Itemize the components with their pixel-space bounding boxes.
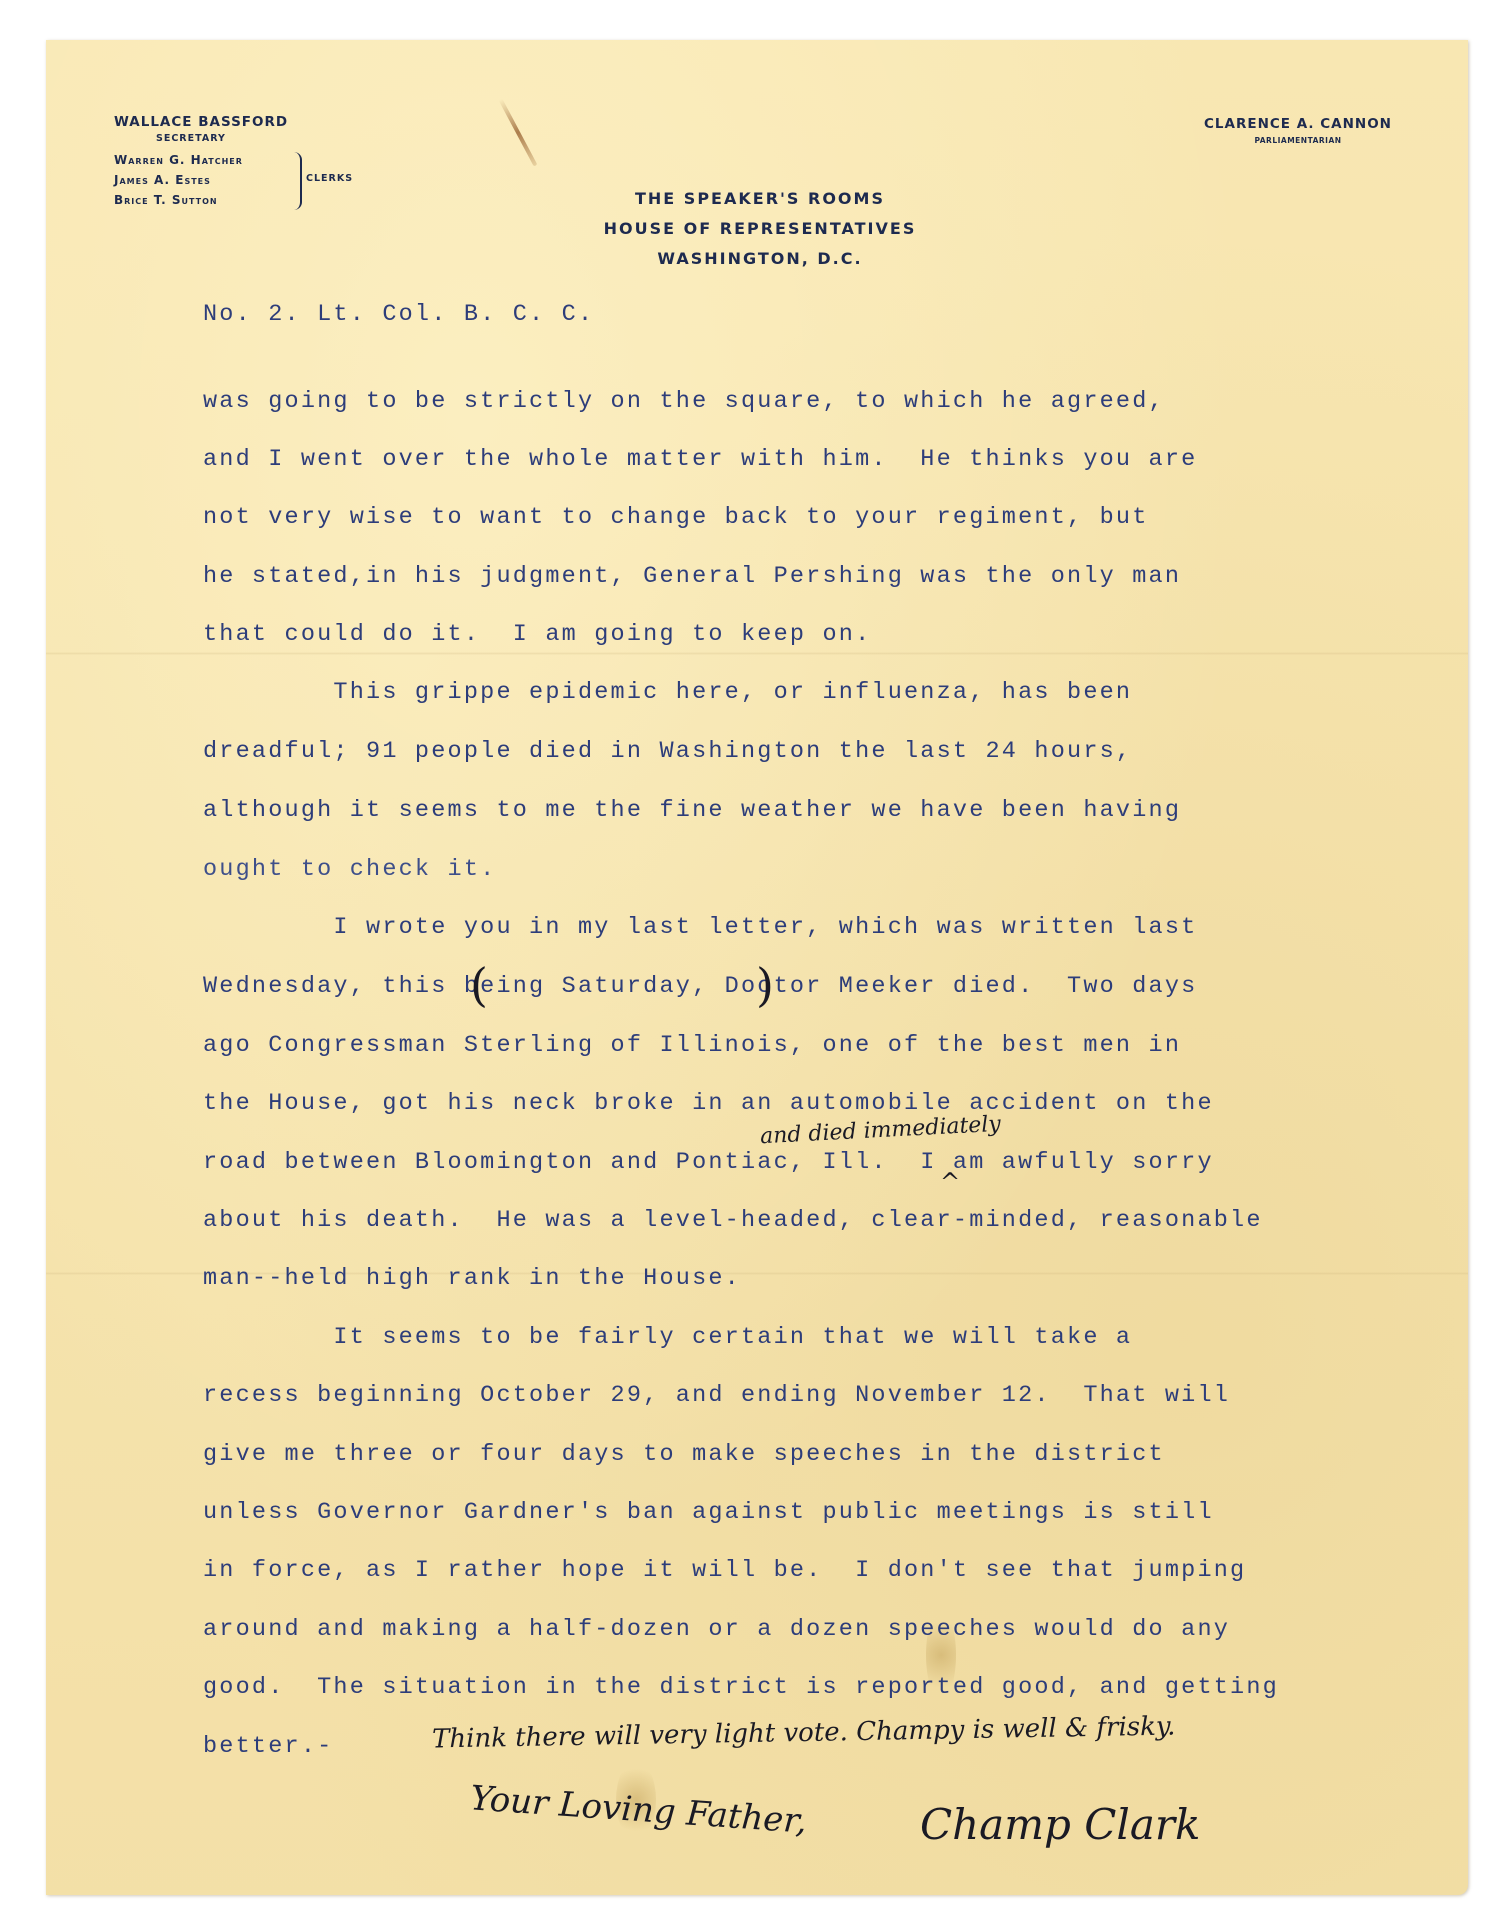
- caret-mark: ^: [940, 1168, 960, 1196]
- letter-line: I wrote you in my last letter, which was…: [203, 916, 1197, 940]
- letter-line: ago Congressman Sterling of Illinois, on…: [203, 1034, 1181, 1058]
- letter-line: and I went over the whole matter with hi…: [203, 448, 1197, 472]
- letter-line: give me three or four days to make speec…: [203, 1443, 1165, 1467]
- letter-line: It seems to be fairly certain that we wi…: [203, 1326, 1132, 1350]
- parliamentarian-name: CLARENCE A. CANNON: [1188, 116, 1408, 132]
- brace-icon: [292, 152, 302, 210]
- clerk-name: Warren G. Hatcher: [114, 150, 374, 170]
- letter-line: the House, got his neck broke in an auto…: [203, 1092, 1214, 1116]
- letter-line: in force, as I rather hope it will be. I…: [203, 1559, 1246, 1583]
- letterhead-parliamentarian-block: CLARENCE A. CANNON PARLIAMENTARIAN: [1188, 116, 1408, 145]
- letter-line: was going to be strictly on the square, …: [203, 390, 1165, 414]
- paper-fold: [46, 652, 1468, 655]
- handwritten-open-paren: (: [470, 958, 488, 1012]
- page-heading: No. 2. Lt. Col. B. C. C.: [203, 303, 594, 327]
- letter-line: dreadful; 91 people died in Washington t…: [203, 740, 1132, 764]
- letter-line: around and making a half-dozen or a doze…: [203, 1618, 1230, 1642]
- letter-line: recess beginning October 29, and ending …: [203, 1384, 1230, 1408]
- signature: Champ Clark: [920, 1800, 1200, 1849]
- letter-line: ought to check it.: [203, 858, 496, 882]
- letterhead-staff-block: WALLACE BASSFORD SECRETARY Warren G. Hat…: [114, 114, 374, 210]
- letter-line: Wednesday, this being Saturday, Doctor M…: [203, 975, 1197, 999]
- letter-line: good. The situation in the district is r…: [203, 1676, 1279, 1700]
- rust-mark: [499, 98, 538, 166]
- secretary-name: WALLACE BASSFORD: [114, 114, 374, 130]
- letterhead-line: THE SPEAKER'S ROOMS: [540, 184, 980, 214]
- letter-line: although it seems to me the fine weather…: [203, 799, 1181, 823]
- handwritten-close-paren: ): [756, 958, 774, 1012]
- letter-line: man--held high rank in the House.: [203, 1267, 741, 1291]
- letter-line: road between Bloomington and Pontiac, Il…: [203, 1151, 1214, 1175]
- clerk-name: Brice T. Sutton: [114, 190, 374, 210]
- clerks-list: Warren G. Hatcher James A. Estes Brice T…: [114, 150, 374, 210]
- letter-line: This grippe epidemic here, or influenza,…: [203, 681, 1132, 705]
- letter-line: not very wise to want to change back to …: [203, 506, 1149, 530]
- letter-line: about his death. He was a level-headed, …: [203, 1209, 1263, 1233]
- letterhead-title-block: THE SPEAKER'S ROOMS HOUSE OF REPRESENTAT…: [540, 184, 980, 274]
- letter-line: unless Governor Gardner's ban against pu…: [203, 1501, 1214, 1525]
- letter-line: better.-: [203, 1735, 333, 1759]
- clerks-label: CLERKS: [306, 169, 353, 189]
- letter-line: that could do it. I am going to keep on.: [203, 623, 871, 647]
- letterhead-line: HOUSE OF REPRESENTATIVES: [540, 214, 980, 244]
- secretary-title: SECRETARY: [156, 133, 374, 144]
- letter-line: he stated,in his judgment, General Persh…: [203, 565, 1181, 589]
- parliamentarian-title: PARLIAMENTARIAN: [1188, 136, 1408, 145]
- letterhead-line: WASHINGTON, D.C.: [540, 244, 980, 274]
